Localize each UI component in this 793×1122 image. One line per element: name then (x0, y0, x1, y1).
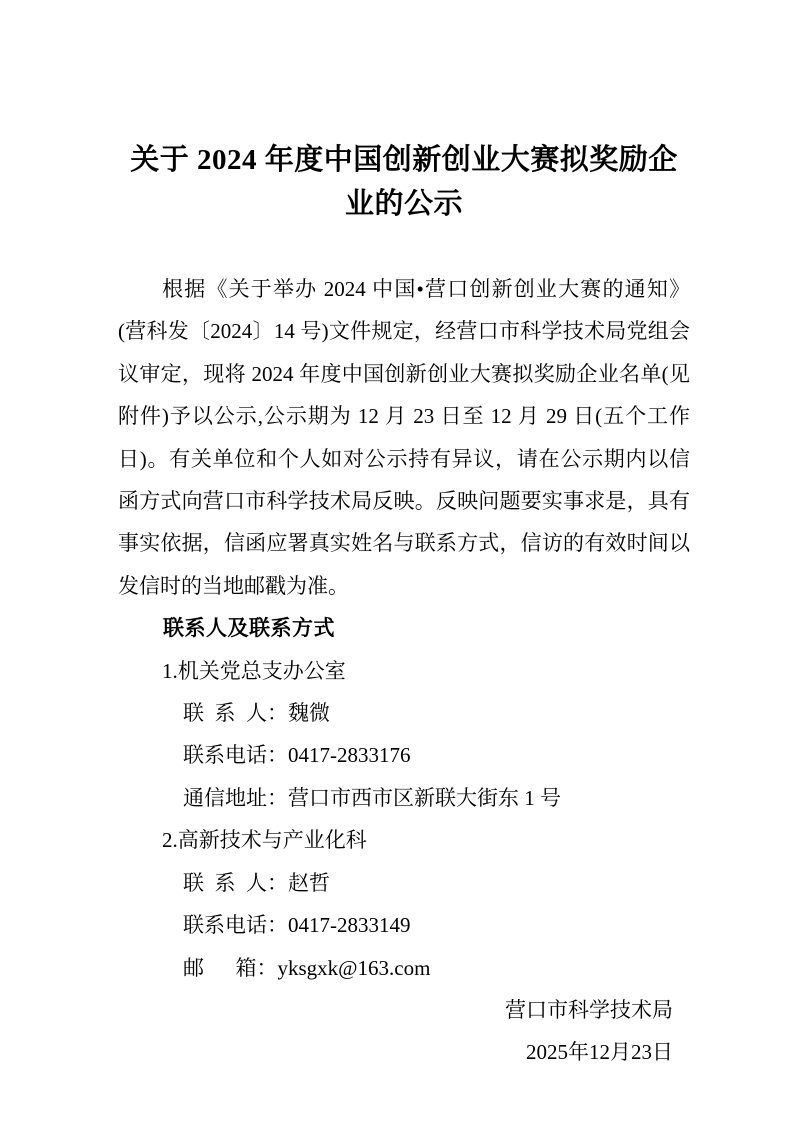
document-title: 关于 2024 年度中国创新创业大赛拟奖励企业的公示 (118, 138, 690, 226)
contact-address-1: 通信地址：营口市西市区新联大街东 1 号 (183, 777, 690, 819)
contact-section-heading: 联系人及联系方式 (163, 607, 690, 649)
body-paragraph: 根据《关于举办 2024 中国•营口创新创业大赛的通知》(营科发〔2024〕14… (118, 268, 690, 607)
contact-phone-1: 联系电话：0417-2833176 (183, 734, 690, 776)
contact-email-2: 邮 箱：yksgxk@163.com (183, 947, 690, 989)
contact-person-2: 联 系 人：赵哲 (183, 862, 690, 904)
contact-department-1: 1.机关党总支办公室 (162, 650, 690, 692)
contact-phone-2: 联系电话：0417-2833149 (183, 904, 690, 946)
contact-person-1: 联 系 人：魏微 (183, 692, 690, 734)
document-body: 根据《关于举办 2024 中国•营口创新创业大赛的通知》(营科发〔2024〕14… (118, 268, 690, 1074)
contact-department-2: 2.高新技术与产业化科 (162, 819, 690, 861)
signature-date: 2025年12月23日 (118, 1031, 690, 1073)
document-page: 关于 2024 年度中国创新创业大赛拟奖励企业的公示 根据《关于举办 2024 … (0, 0, 793, 1122)
signature-organization: 营口市科学技术局 (118, 989, 690, 1031)
